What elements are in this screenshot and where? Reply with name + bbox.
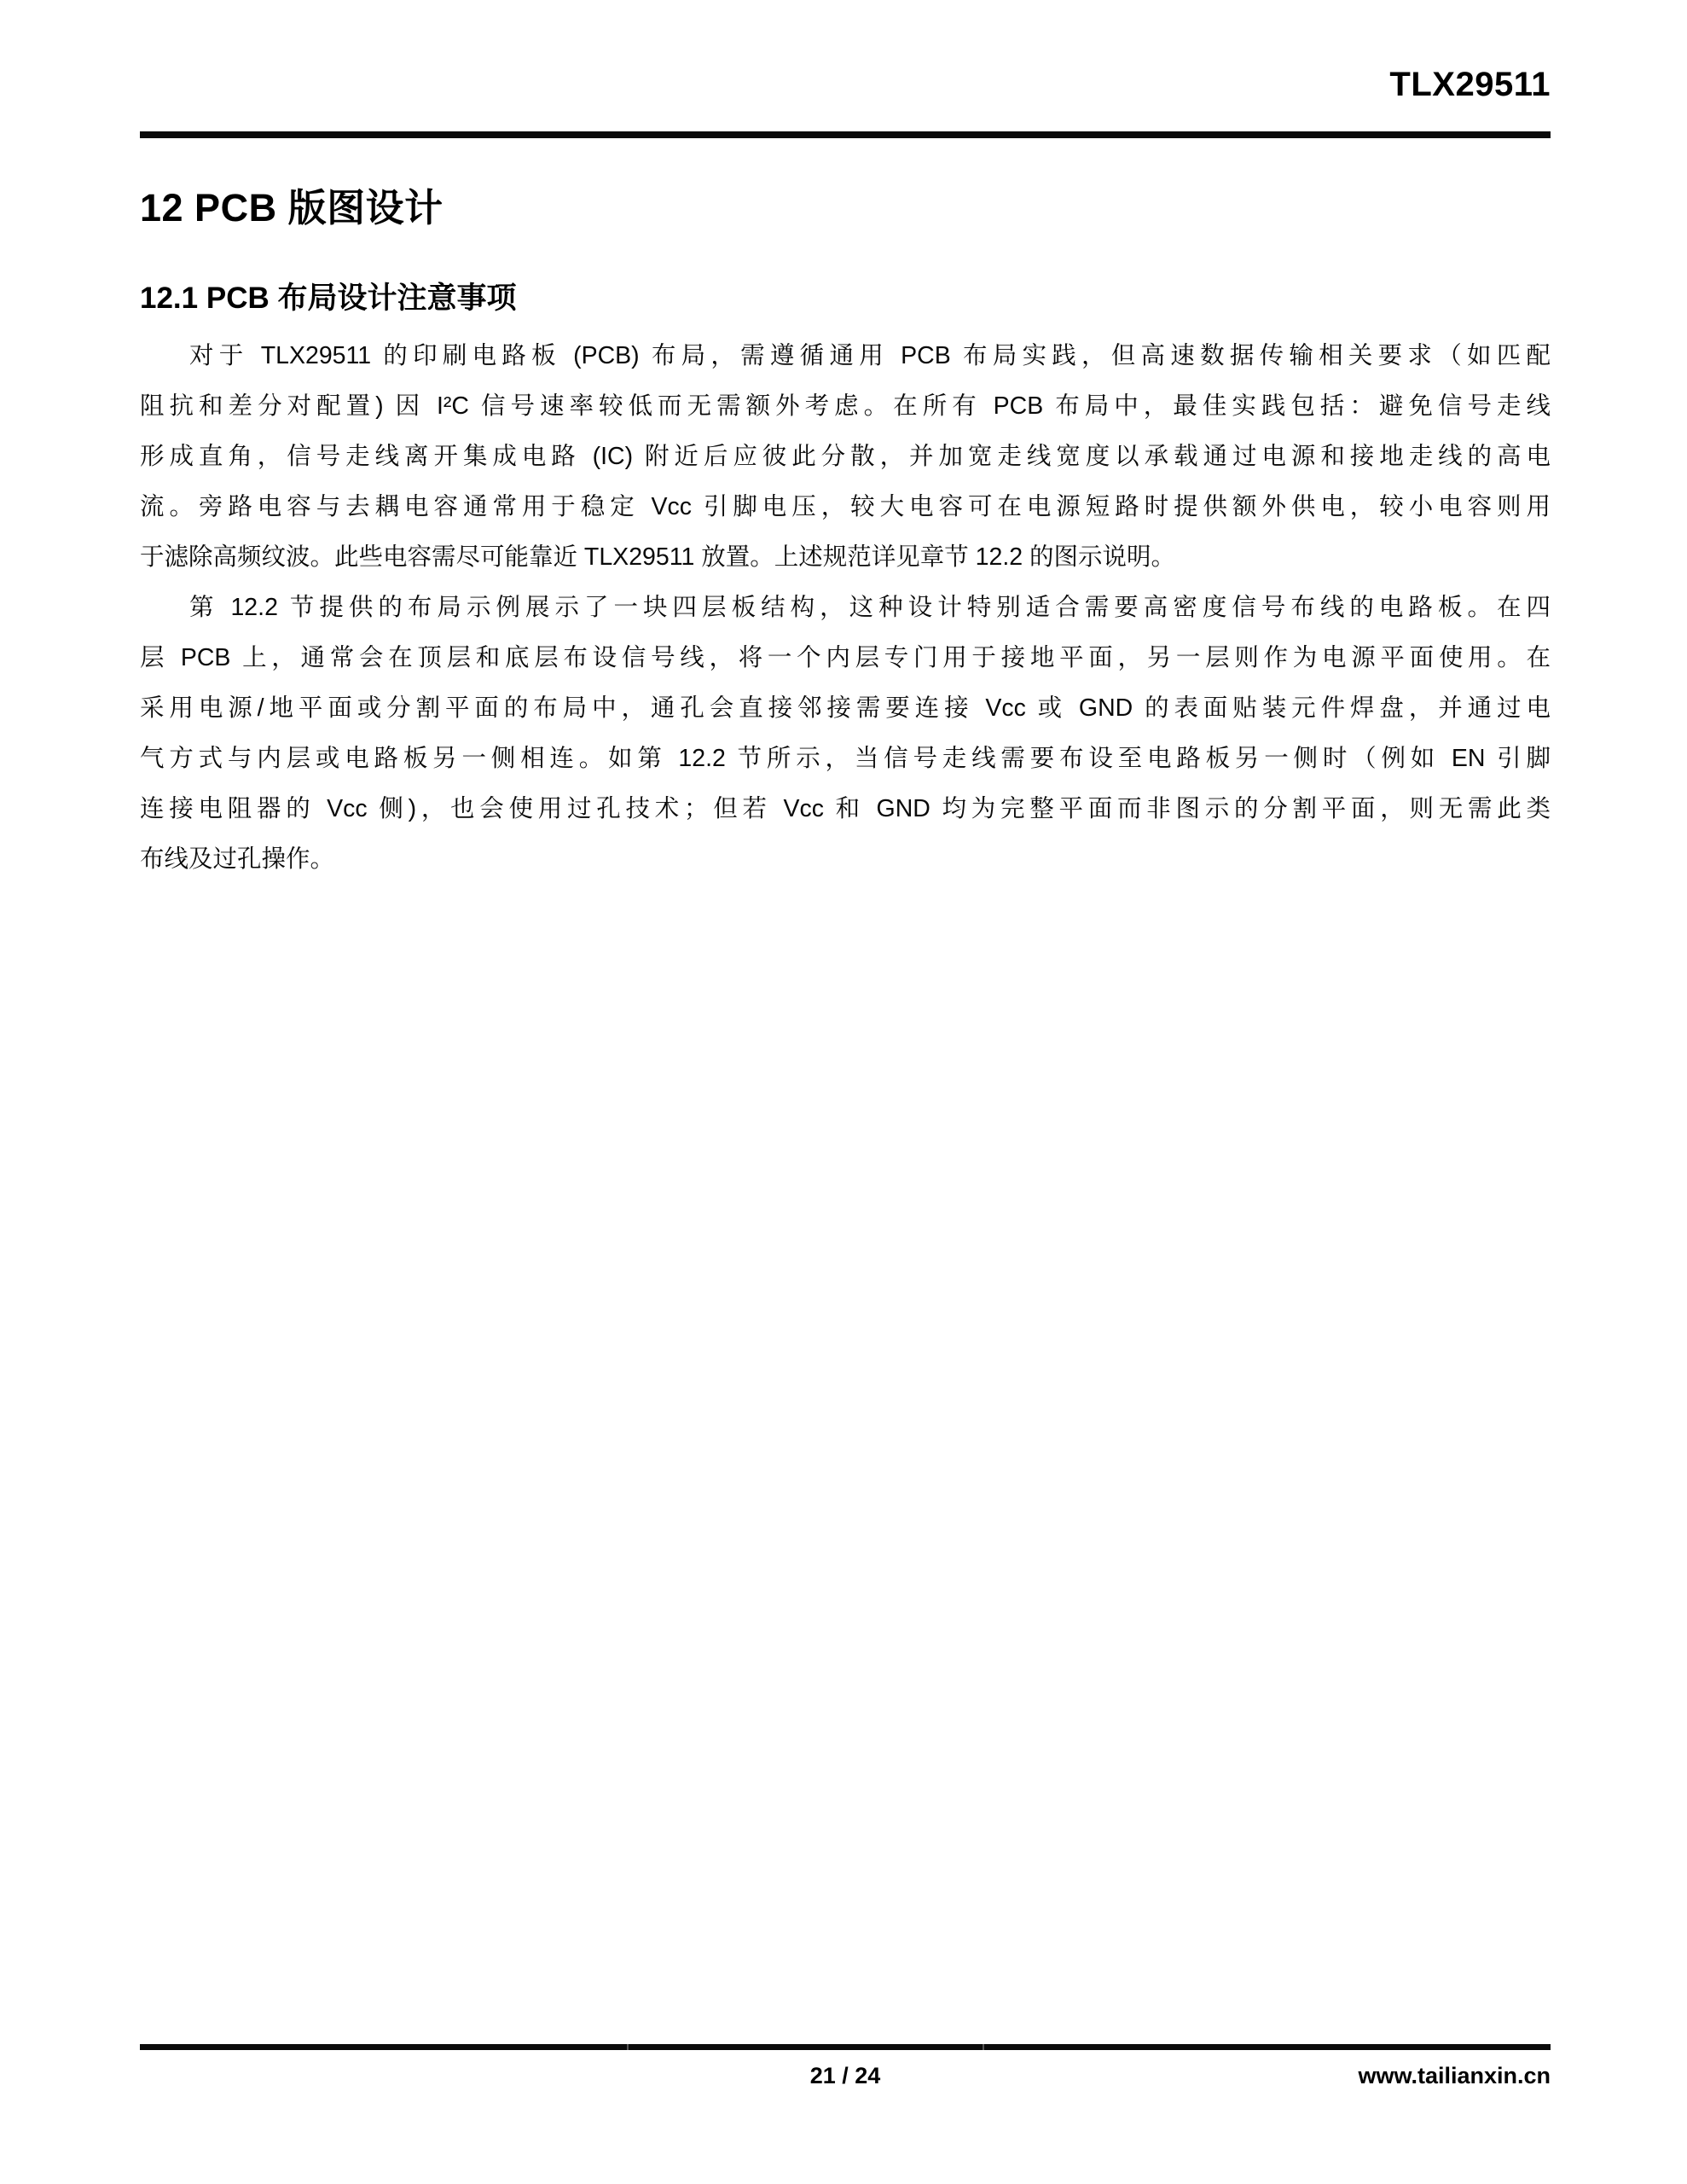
paragraph-2: 第 12.2 节提供的布局示例展示了一块四层板结构，这种设计特别适合需要高密度信… [140,583,1551,885]
subsection-title: 12.1 PCB 布局设计注意事项 [140,280,1551,317]
text-line: 布线及过孔操作。 [140,834,1551,885]
text-line: 于滤除高频纹波。此些电容需尽可能靠近 TLX29511 放置。上述规范详见章节 … [140,532,1551,583]
text-line: 连接电阻器的 Vcc 侧)，也会使用过孔技术；但若 Vcc 和 GND 均为完整… [140,784,1551,834]
footer-rule-segment [140,2044,627,2050]
text-line: 对于 TLX29511 的印刷电路板 (PCB) 布局，需遵循通用 PCB 布局… [140,331,1551,381]
website-link[interactable]: www.tailianxin.cn [1358,2060,1551,2091]
page-footer: 21 / 24 www.tailianxin.cn [140,2044,1551,2094]
header-rule [140,131,1551,138]
product-title: TLX29511 [140,63,1551,106]
text-line: 阻抗和差分对配置) 因 I²C 信号速率较低而无需额外考虑。在所有 PCB 布局… [140,381,1551,432]
text-line: 形成直角，信号走线离开集成电路 (IC) 附近后应彼此分散，并加宽走线宽度以承载… [140,432,1551,482]
text-line: 采用电源/地平面或分割平面的布局中，通孔会直接邻接需要连接 Vcc 或 GND … [140,683,1551,734]
text-line: 层 PCB 上，通常会在顶层和底层布设信号线，将一个内层专门用于接地平面，另一层… [140,633,1551,683]
text-line: 气方式与内层或电路板另一侧相连。如第 12.2 节所示，当信号走线需要布设至电路… [140,734,1551,784]
text-line: 流。旁路电容与去耦电容通常用于稳定 Vcc 引脚电压，较大电容可在电源短路时提供… [140,482,1551,532]
footer-rule-segment [629,2044,983,2050]
footer-rule-segment [984,2044,1551,2050]
page-number: 21 / 24 [140,2060,1551,2091]
footer-row: 21 / 24 www.tailianxin.cn [140,2060,1551,2094]
text-line: 第 12.2 节提供的布局示例展示了一块四层板结构，这种设计特别适合需要高密度信… [140,583,1551,633]
section-title: 12 PCB 版图设计 [140,184,1551,232]
datasheet-page: TLX29511 12 PCB 版图设计 12.1 PCB 布局设计注意事项 对… [140,0,1551,2184]
body-text: 对于 TLX29511 的印刷电路板 (PCB) 布局，需遵循通用 PCB 布局… [140,331,1551,885]
paragraph-1: 对于 TLX29511 的印刷电路板 (PCB) 布局，需遵循通用 PCB 布局… [140,331,1551,583]
footer-rule [140,2044,1551,2050]
